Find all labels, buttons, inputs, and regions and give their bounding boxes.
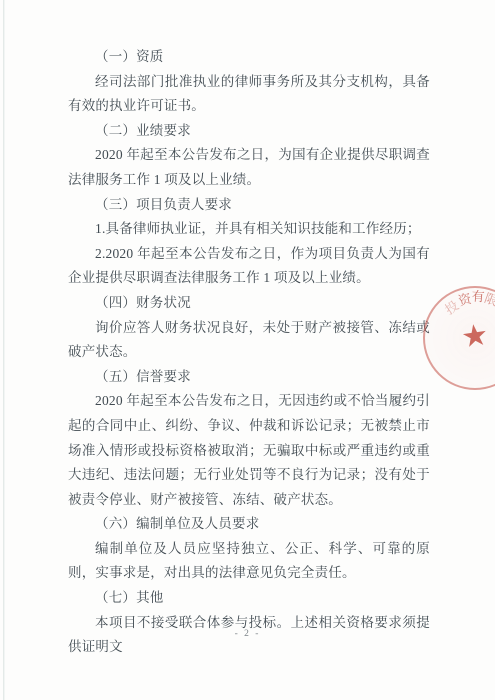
section-project-leader: （三）项目负责人要求 1.具备律师执业证，并具有相关知识技能和工作经历； 2.2… xyxy=(68,193,430,291)
section-heading: （六）编制单位及人员要求 xyxy=(68,512,430,537)
page-number: - 2 - xyxy=(0,629,495,639)
seal-arc-char: 投 xyxy=(442,298,461,317)
document-body: （一）资质 经司法部门批准执业的律师事务所及其分支机构，具备有效的执业许可证书。… xyxy=(68,45,430,660)
paragraph: 2.2020 年起至本公告发布之日，作为项目负责人为国有企业提供尽职调查法律服务… xyxy=(68,242,430,291)
official-red-seal: 投 资 有 限 ★ xyxy=(423,286,495,390)
scanned-document-page: （一）资质 经司法部门批准执业的律师事务所及其分支机构，具备有效的执业许可证书。… xyxy=(0,0,495,700)
section-heading: （一）资质 xyxy=(68,45,430,70)
section-financial-status: （四）财务状况 询价应答人财务状况良好，未处于财产被接管、冻结或破产状态。 xyxy=(68,291,430,365)
section-reputation: （五）信誉要求 2020 年起至本公告发布之日，无因违约或不恰当履约引起的合同中… xyxy=(68,365,430,513)
seal-ring xyxy=(423,286,495,390)
section-compiling-unit: （六）编制单位及人员要求 编制单位及人员应坚持独立、公正、科学、可靠的原则，实事… xyxy=(68,512,430,586)
paragraph: 经司法部门批准执业的律师事务所及其分支机构，具备有效的执业许可证书。 xyxy=(68,70,430,119)
seal-arc-char: 限 xyxy=(482,291,495,309)
paragraph: 1.具备律师执业证，并具有相关知识技能和工作经历； xyxy=(68,217,430,242)
section-heading: （五）信誉要求 xyxy=(68,365,430,390)
paragraph: 2020 年起至本公告发布之日，为国有企业提供尽职调查法律服务工作 1 项及以上… xyxy=(68,143,430,192)
section-others: （七）其他 本项目不接受联合体参与投标。上述相关资格要求须提供证明文 xyxy=(68,586,430,660)
section-heading: （三）项目负责人要求 xyxy=(68,193,430,218)
section-heading: （二）业绩要求 xyxy=(68,119,430,144)
section-heading: （七）其他 xyxy=(68,586,430,611)
seal-arc-char: 有 xyxy=(471,290,486,305)
section-qualification: （一）资质 经司法部门批准执业的律师事务所及其分支机构，具备有效的执业许可证书。 xyxy=(68,45,430,119)
paragraph: 2020 年起至本公告发布之日，无因违约或不恰当履约引起的合同中止、纠纷、争议、… xyxy=(68,389,430,512)
scan-edge-artifact xyxy=(3,0,5,700)
paragraph: 编制单位及人员应坚持独立、公正、科学、可靠的原则，实事求是，对出具的法律意见负完… xyxy=(68,537,430,586)
paragraph: 询价应答人财务状况良好，未处于财产被接管、冻结或破产状态。 xyxy=(68,316,430,365)
section-heading: （四）财务状况 xyxy=(68,291,430,316)
seal-arc-char: 资 xyxy=(457,292,474,309)
seal-star-icon: ★ xyxy=(460,320,491,353)
section-performance: （二）业绩要求 2020 年起至本公告发布之日，为国有企业提供尽职调查法律服务工… xyxy=(68,119,430,193)
